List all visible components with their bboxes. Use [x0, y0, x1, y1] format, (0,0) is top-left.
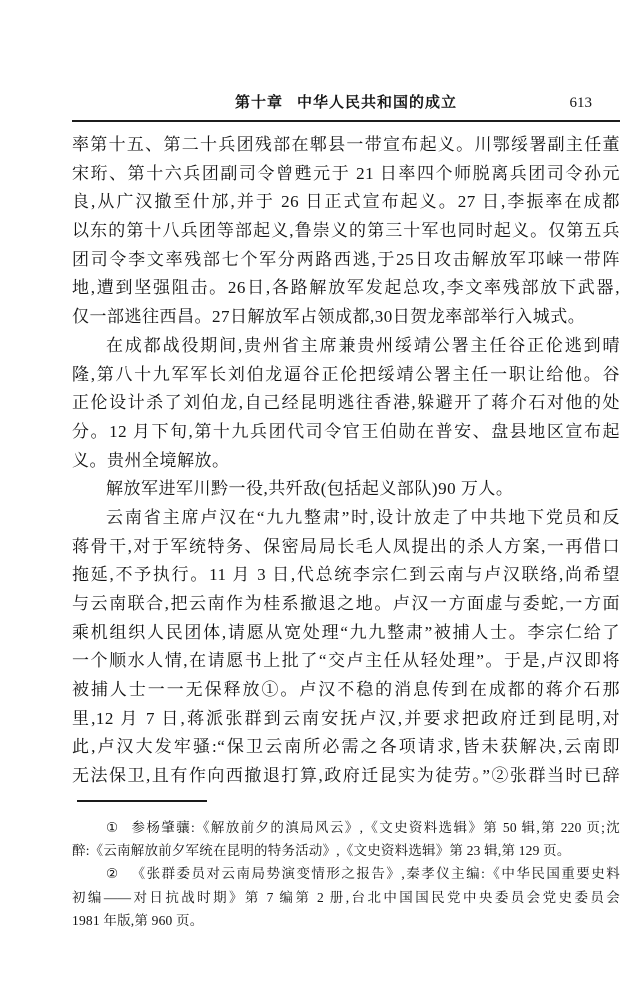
footnote-line: 初编——对日抗战时期》第 7 编第 2 册,台北中国国民党中央委员会党史委员会: [72, 886, 620, 909]
footnote-line: 1981 年版,第 960 页。: [72, 909, 620, 932]
footnote-marker: ①: [106, 820, 119, 835]
body-line: 正伦设计杀了刘伯龙,自己经昆明逃往香港,躲避开了蒋介石对他的处: [72, 389, 620, 418]
body-line: 以东的第十八兵团等部起义,鲁崇义的第三十军也同时起义。仅第五兵: [72, 217, 620, 246]
body-line: 分。12 月下旬,第十九兵团代司令官王伯勋在普安、盘县地区宣布起: [72, 418, 620, 447]
body-line: 义。贵州全境解放。: [72, 447, 620, 476]
page-number: 613: [570, 93, 593, 113]
book-page: 第十章中华人民共和国的成立 613 率第十五、第二十兵团残部在郫县一带宣布起义。…: [0, 0, 644, 1000]
body-line: 乘机组织人民团体,请愿从宽处理“九九整肃”被捕人士。李宗仁给了: [72, 619, 620, 648]
body-line: 仅一部逃往西昌。27日解放军占领成都,30日贺龙率部举行入城式。: [72, 303, 620, 332]
body-line: 解放军进军川黔一役,共歼敌(包括起义部队)90 万人。: [72, 475, 620, 504]
header-title-group: 第十章中华人民共和国的成立: [72, 93, 620, 113]
body-line: 拖延,不予执行。11 月 3 日,代总统李宗仁到云南与卢汉联络,尚希望: [72, 561, 620, 590]
body-line: 被捕人士一一无保释放①。卢汉不稳的消息传到在成都的蒋介石那: [72, 676, 620, 705]
body-line: 团司令李文率残部七个军分两路西逃,于25日攻击解放军邛崃一带阵: [72, 246, 620, 275]
page-title: 中华人民共和国的成立: [297, 95, 457, 111]
body-line: 在成都战役期间,贵州省主席兼贵州绥靖公署主任谷正伦逃到晴: [72, 332, 620, 361]
body-line: 与云南联合,把云南作为桂系撤退之地。卢汉一方面虚与委蛇,一方面: [72, 590, 620, 619]
footnote-first-line: ②《张群委员对云南局势演变情形之报告》,秦孝仪主编:《中华民国重要史料: [72, 862, 620, 885]
body-line: 蒋骨干,对于军统特务、保密局局长毛人凤提出的杀人方案,一再借口: [72, 533, 620, 562]
body-line: 此,卢汉大发牢骚:“保卫云南所必需之各项请求,皆未获解决,云南即: [72, 733, 620, 762]
footnote-marker: ②: [106, 866, 120, 881]
chapter-label: 第十章: [235, 95, 283, 111]
body-line: 一个顺水人情,在请愿书上批了“交卢主任从轻处理”。于是,卢汉即将: [72, 647, 620, 676]
body-line: 云南省主席卢汉在“九九整肃”时,设计放走了中共地下党员和反: [72, 504, 620, 533]
footnote-first-line: ①参杨肇骧:《解放前夕的滇局风云》,《文史资料选辑》第 50 辑,第 220 页…: [72, 816, 620, 839]
footnote-separator: [77, 800, 207, 802]
running-header: 第十章中华人民共和国的成立 613: [72, 93, 620, 113]
body-line: 良,从广汉撤至什邡,并于 26 日正式宣布起义。27 日,李振率在成都: [72, 188, 620, 217]
footnotes: ①参杨肇骧:《解放前夕的滇局风云》,《文史资料选辑》第 50 辑,第 220 页…: [72, 816, 620, 932]
body-line: 宋珩、第十六兵团副司令曾甦元于 21 日率四个师脱离兵团司令孙元: [72, 160, 620, 189]
body-line: 无法保卫,且有作向西撤退打算,政府迁昆实为徒劳。”②张群当时已辞: [72, 762, 620, 791]
body-line: 率第十五、第二十兵团残部在郫县一带宣布起义。川鄂绥署副主任董: [72, 131, 620, 160]
footnote-line: 醉:《云南解放前夕军统在昆明的特务活动》,《文史资料选辑》第 23 辑,第 12…: [72, 839, 620, 862]
header-rule: [72, 120, 620, 122]
body-line: 隆,第八十九军军长刘伯龙逼谷正伦把绥靖公署主任一职让给他。谷: [72, 361, 620, 390]
body-text: 率第十五、第二十兵团残部在郫县一带宣布起义。川鄂绥署副主任董宋珩、第十六兵团副司…: [72, 131, 620, 791]
body-line: 里,12 月 7 日,蒋派张群到云南安抚卢汉,并要求把政府迁到昆明,对: [72, 705, 620, 734]
body-line: 地,遭到坚强阻击。26日,各路解放军发起总攻,李文率残部放下武器,: [72, 274, 620, 303]
